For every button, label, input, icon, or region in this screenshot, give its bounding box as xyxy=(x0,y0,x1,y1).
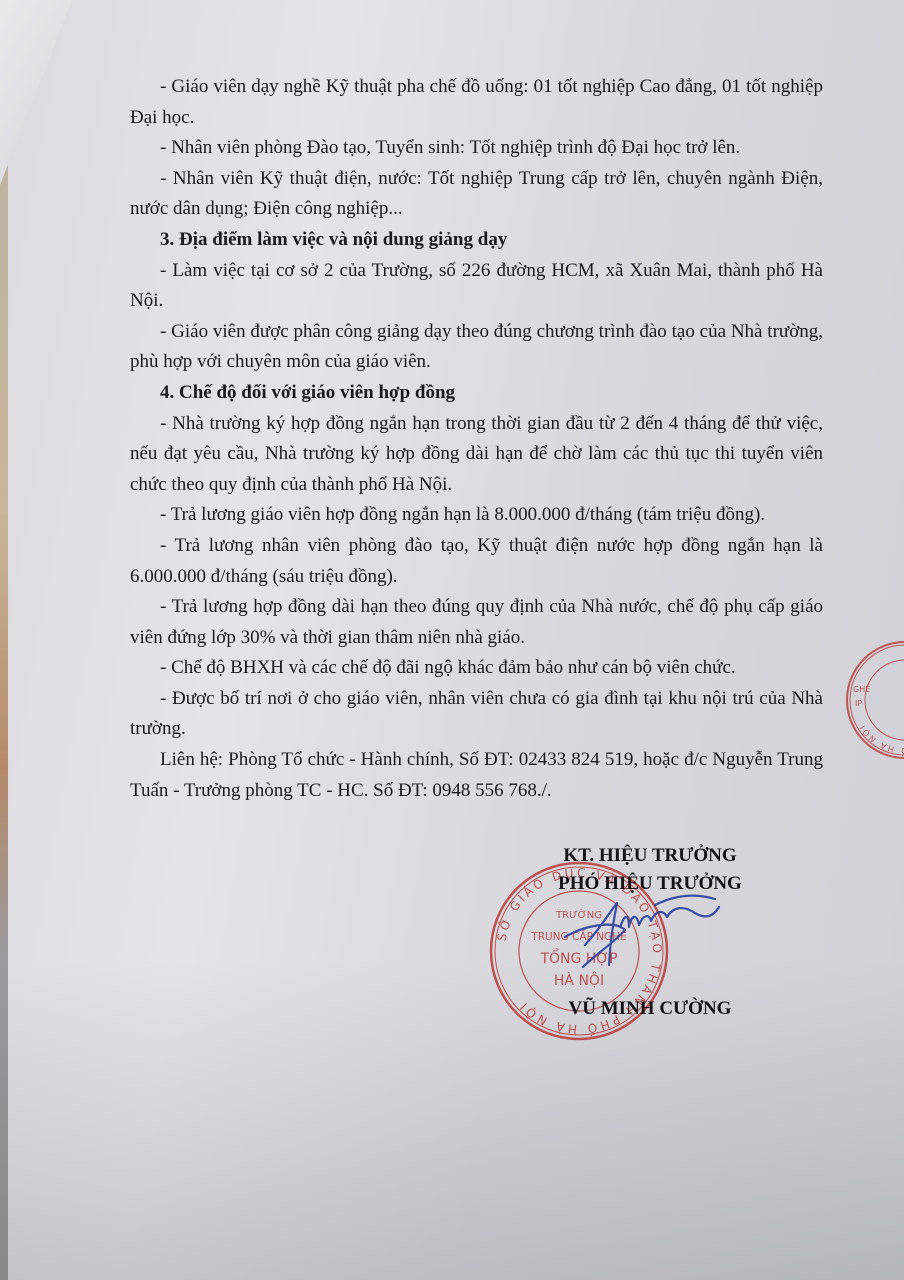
paragraph: - Nhà trường ký hợp đồng ngắn hạn trong … xyxy=(130,409,823,501)
signatory-name: VŨ MINH CƯỜNG xyxy=(520,998,780,1020)
paragraph: - Giáo viên dạy nghề Kỹ thuật pha chế đồ… xyxy=(130,72,823,133)
signature-title-1: KT. HIỆU TRƯỞNG xyxy=(520,842,780,870)
paragraph: - Chế độ BHXH và các chế độ đãi ngộ khác… xyxy=(130,653,823,684)
handwritten-signature-icon xyxy=(555,885,725,975)
paragraph: - Làm việc tại cơ sở 2 của Trường, số 22… xyxy=(130,256,823,317)
partial-stamp-fragment-1: GHỀ xyxy=(853,682,870,694)
paragraph: - Nhân viên Kỹ thuật điện, nước: Tốt ngh… xyxy=(130,164,823,225)
paragraph: - Được bố trí nơi ở cho giáo viên, nhân … xyxy=(130,684,823,745)
paragraph: - Trả lương nhân viên phòng đào tạo, Kỹ … xyxy=(130,531,823,592)
partial-stamp-right-edge: THÀNH PHỐ HÀ NỘI GHỀ IP xyxy=(845,640,904,760)
section-heading: 4. Chế độ đối với giáo viên hợp đồng xyxy=(130,378,823,409)
svg-text:THÀNH PHỐ HÀ NỘI: THÀNH PHỐ HÀ NỘI xyxy=(857,713,904,758)
paragraph: - Giáo viên được phân công giảng dạy the… xyxy=(130,317,823,378)
partial-stamp-fragment-2: IP xyxy=(855,699,862,708)
paragraph: - Trả lương giáo viên hợp đồng ngắn hạn … xyxy=(130,500,823,531)
paragraph: - Trả lương hợp đồng dài hạn theo đúng q… xyxy=(130,592,823,653)
document-body: - Giáo viên dạy nghề Kỹ thuật pha chế đồ… xyxy=(130,72,823,806)
paragraph: Liên hệ: Phòng Tổ chức - Hành chính, Số … xyxy=(130,745,823,806)
partial-stamp-text: THÀNH PHỐ HÀ NỘI xyxy=(857,713,904,758)
section-heading: 3. Địa điểm làm việc và nội dung giảng d… xyxy=(130,225,823,256)
paragraph: - Nhân viên phòng Đào tạo, Tuyển sinh: T… xyxy=(130,133,823,164)
